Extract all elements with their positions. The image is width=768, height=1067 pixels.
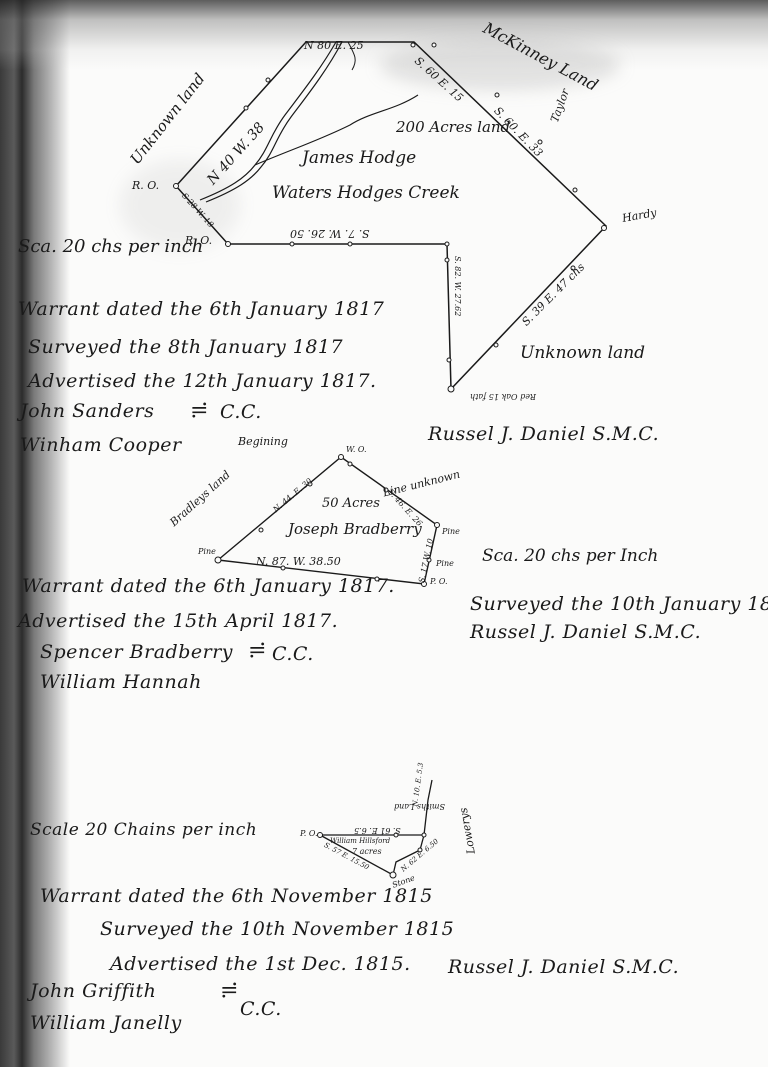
plat-2-corner-pine-east: Pine — [442, 528, 460, 536]
plat-2-call-bottom: N. 87. W. 38.50 — [256, 556, 341, 567]
plat-1-advertised: Advertised the 12th January 1817. — [28, 372, 377, 391]
plat-3-scale: Scale 20 Chains per inch — [30, 822, 257, 839]
brace: ≓ — [190, 400, 208, 422]
plat-2-corner-po: P. O. — [430, 578, 447, 586]
plat-3-chain-carrier-2: William Janelly — [30, 1014, 182, 1033]
plat-2-corner-wo: W. O. — [346, 446, 367, 454]
plat-1-annotation-bottom: Red Oak 15 fath — [470, 392, 536, 400]
plat-3-signature: Russel J. Daniel S.M.C. — [448, 958, 679, 977]
plat-3-owner: William Hillsford — [330, 838, 390, 845]
brace: ≓ — [248, 640, 266, 662]
plat-2-acreage: 50 Acres — [322, 497, 380, 510]
plat-1-acreage: 200 Acres land — [396, 120, 510, 135]
plat-3-corner-po: P. O. — [300, 830, 317, 838]
plat-2-chain-carriers-label: C.C. — [272, 645, 314, 664]
plat-1-warrant: Warrant dated the 6th January 1817 — [18, 300, 384, 319]
plat-3-adjoining-smiths: Smiths Land — [394, 802, 445, 810]
plat-1-call-south-top: S. 7. W. 26. 50 — [290, 228, 370, 239]
plat-1-owner: James Hodge — [302, 150, 416, 167]
plat-2-corner-pine-west: Pine — [198, 548, 216, 556]
plat-3-acreage: 7 acres — [352, 848, 382, 856]
plat-3-call-top: S. 61 E. 6.5 — [354, 826, 401, 834]
plat-1-waters: Waters Hodges Creek — [272, 185, 460, 202]
plat-2-chain-carrier-1: Spencer Bradberry — [40, 643, 233, 662]
brace: ≓ — [220, 980, 238, 1002]
plat-1-corner-ro-west: R. O. — [132, 180, 159, 191]
plat-2-beginning: Begining — [238, 436, 288, 447]
plat-1-surveyed: Surveyed the 8th January 1817 — [28, 338, 343, 357]
plat-2-corner-pine-se: Pine — [436, 560, 454, 568]
plat-2-signature: Russel J. Daniel S.M.C. — [470, 623, 701, 642]
plat-3-surveyed: Surveyed the 10th November 1815 — [100, 920, 454, 939]
plat-1-call-south-vertical: S. 82. W. 27.62 — [453, 256, 461, 316]
plat-1-chain-carriers-label: C.C. — [220, 403, 262, 422]
plat-2-scale: Sca. 20 chs per Inch — [482, 548, 658, 565]
plat-1-call-north-top: N 80 E. 25 — [304, 40, 364, 51]
plat-1-adjoining-unknown-southeast: Unknown land — [520, 345, 645, 362]
plat-3-advertised: Advertised the 1st Dec. 1815. — [110, 955, 411, 974]
plat-2-chain-carrier-2: William Hannah — [40, 673, 202, 692]
plat-1-chain-carrier-1: John Sanders — [20, 402, 154, 421]
plat-1-signature: Russel J. Daniel S.M.C. — [428, 425, 659, 444]
plat-1-chain-carrier-2: Winham Cooper — [20, 436, 182, 455]
plat-3-chain-carrier-1: John Griffith — [30, 982, 156, 1001]
plat-2-advertised: Advertised the 15th April 1817. — [18, 612, 338, 631]
plat-1-scale: Sca. 20 chs per inch — [18, 238, 203, 256]
plat-2-warrant: Warrant dated the 6th January 1817. — [22, 577, 395, 596]
plat-3-chain-carriers-label: C.C. — [240, 1000, 282, 1019]
manuscript-page: N 80 E. 25 S. 60 E. 15 S. 60. E. 33 McKi… — [0, 0, 768, 1067]
plat-2-owner: Joseph Bradberry — [288, 522, 422, 537]
plat-3-warrant: Warrant dated the 6th November 1815 — [40, 887, 433, 906]
plat-2-surveyed: Surveyed the 10th January 1817. — [470, 595, 768, 614]
